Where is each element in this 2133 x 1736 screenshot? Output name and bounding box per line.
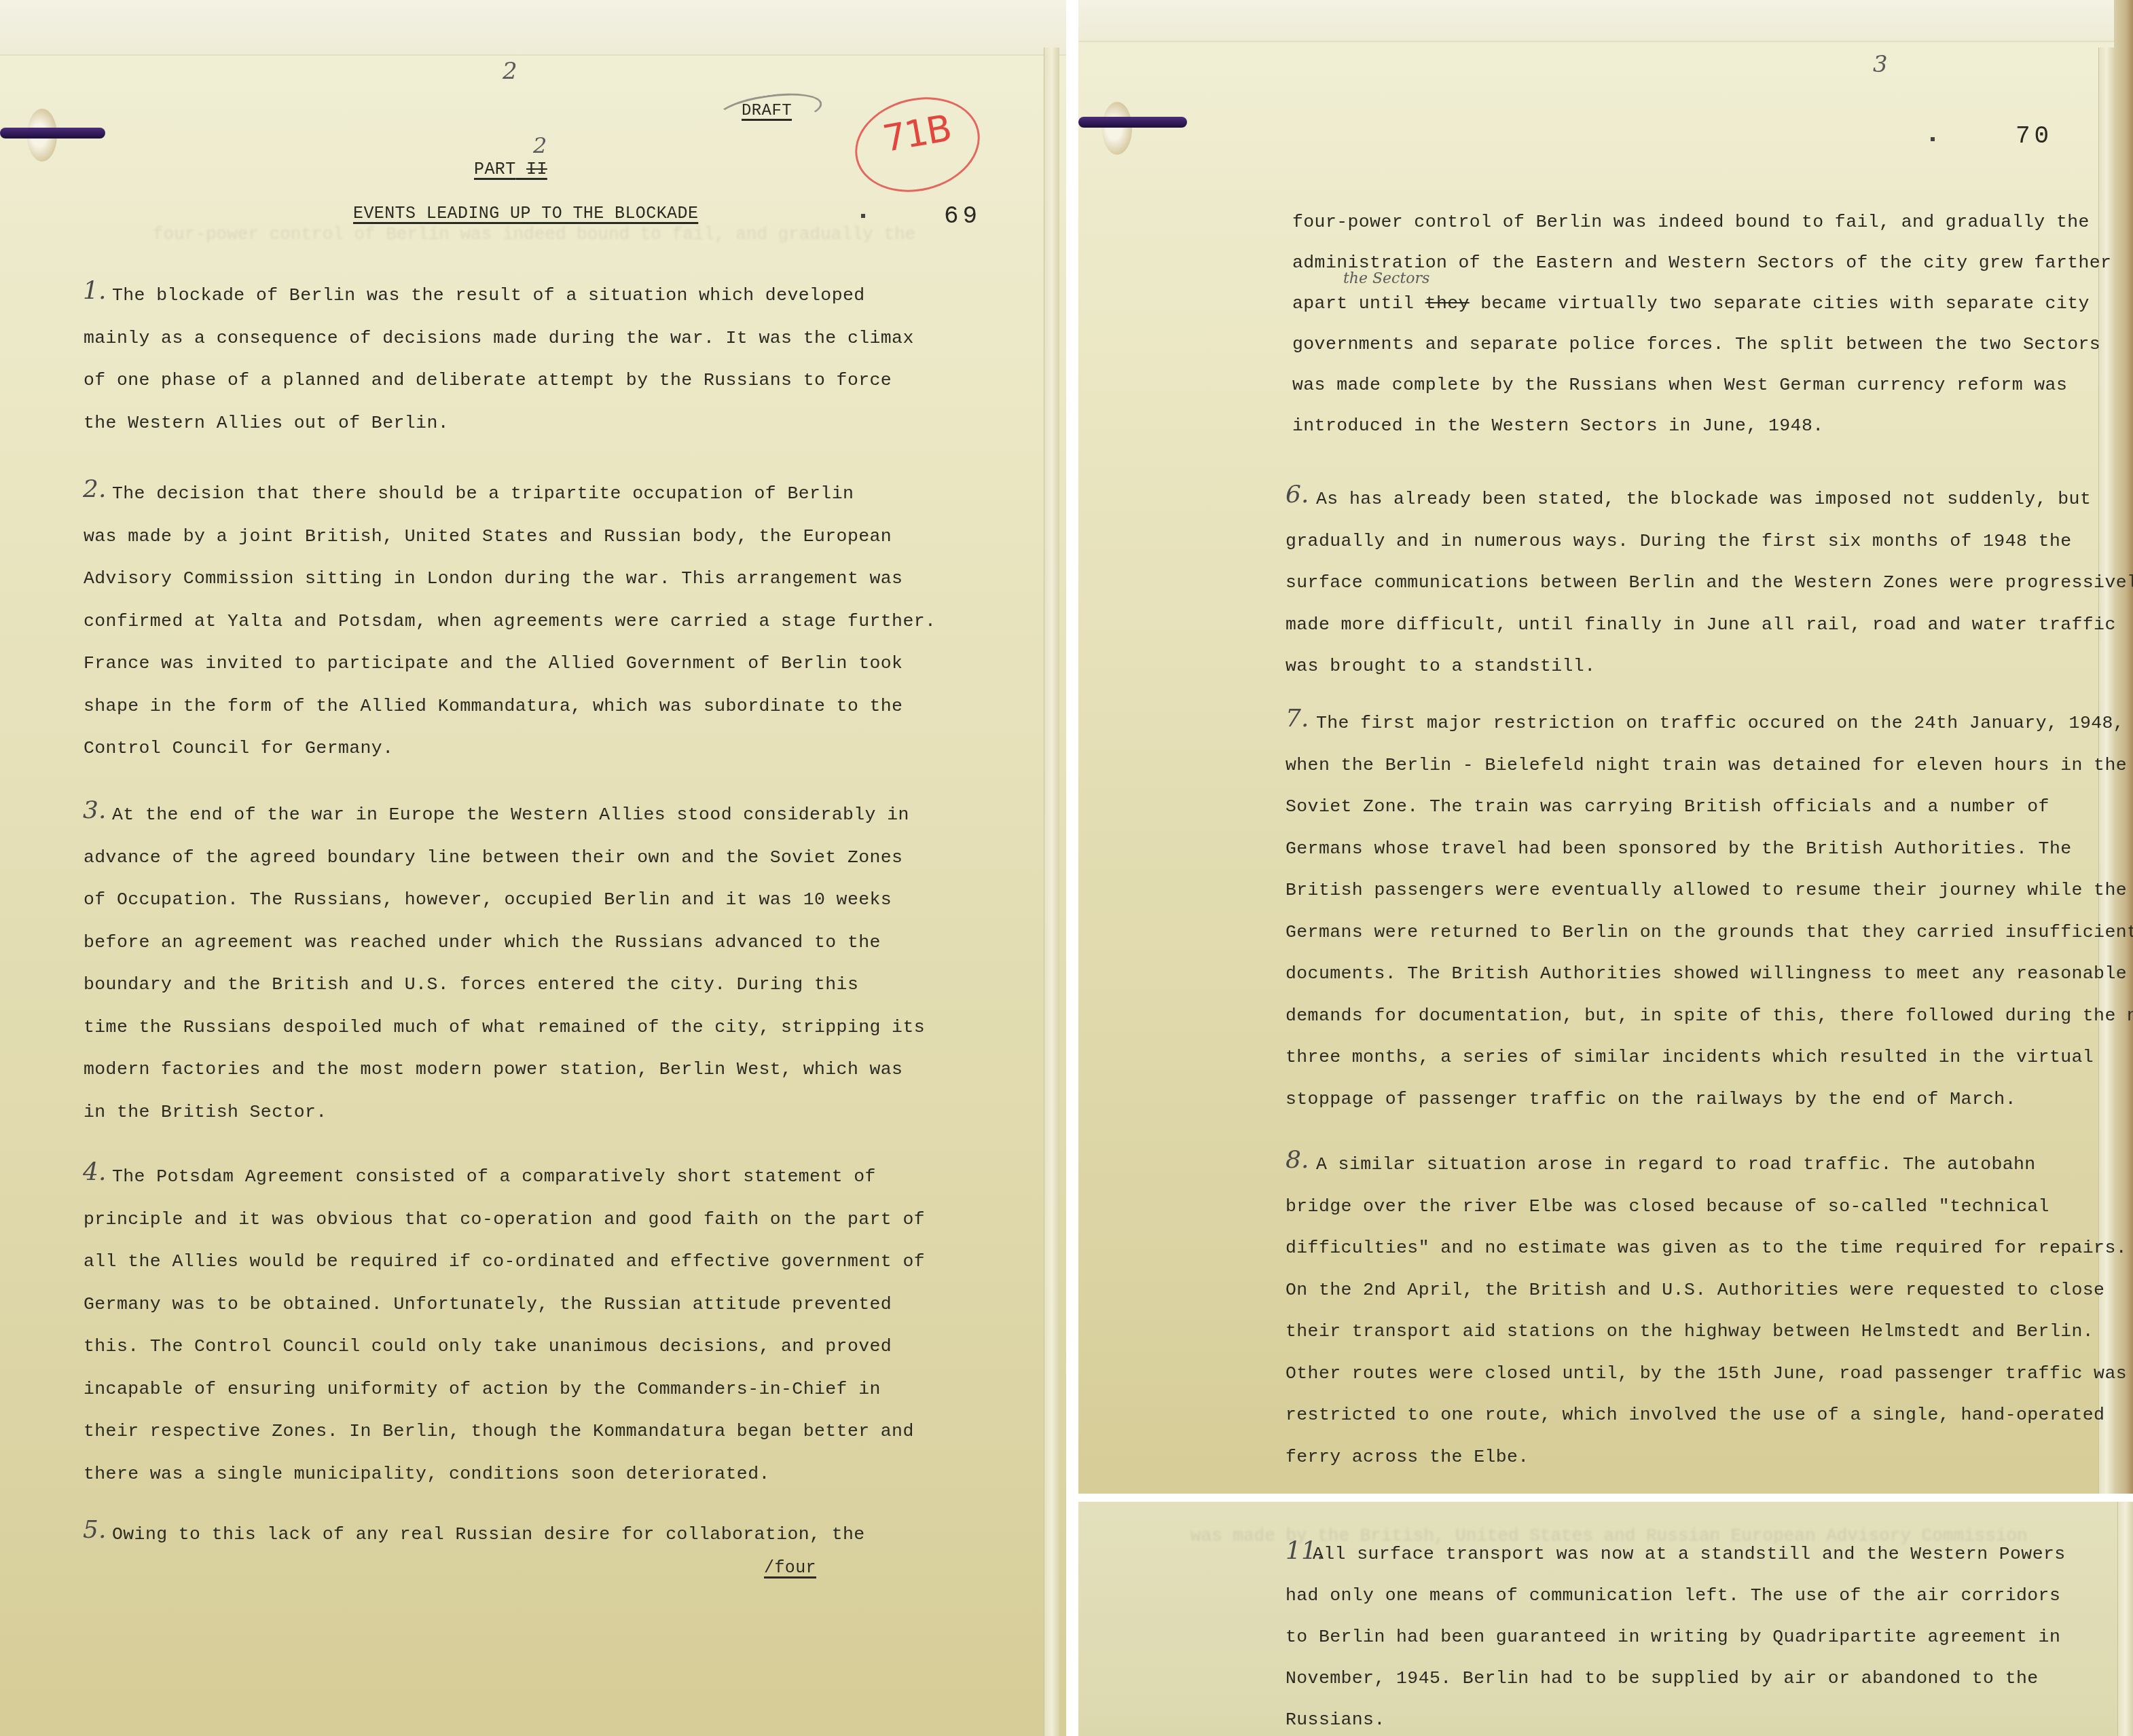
text-line: The Potsdam Agreement consisted of a com… — [112, 1166, 876, 1187]
text-line: principle and it was obvious that co-ope… — [84, 1209, 925, 1230]
text-line: confirmed at Yalta and Potsdam, when agr… — [84, 611, 936, 631]
text-line: when the Berlin - Bielefeld night train … — [1286, 755, 2127, 775]
text-line: France was invited to participate and th… — [84, 653, 903, 673]
text-line: in the British Sector. — [84, 1102, 327, 1122]
text-line: Soviet Zone. The train was carrying Brit… — [1286, 796, 2049, 817]
text-line: of Occupation. The Russians, however, oc… — [84, 889, 892, 910]
text-line: All surface transport was now at a stand… — [1313, 1544, 2066, 1564]
text-line: their respective Zones. In Berlin, thoug… — [84, 1421, 914, 1441]
text-line: bridge over the river Elbe was closed be… — [1286, 1196, 2049, 1217]
text-line: At the end of the war in Europe the West… — [112, 805, 909, 825]
bleed-through-text: four-power control of Berlin was indeed … — [153, 224, 915, 244]
text-line: there was a single municipality, conditi… — [84, 1464, 770, 1484]
stacked-sheets — [0, 0, 1066, 56]
paragraph-number: 3. — [83, 796, 106, 824]
continuation-text-line: administration of the Eastern and Wester… — [1292, 253, 2111, 273]
part-heading-label: PART — [474, 160, 516, 179]
paragraph-number: 6. — [1286, 481, 1309, 509]
document-page-right: 3 70 the Sectors four-power control of B… — [1078, 0, 2133, 1494]
part-heading-struck-numeral: II — [526, 160, 547, 179]
text-line: surface communications between Berlin an… — [1286, 572, 2133, 593]
text-line: their transport aid stations on the high… — [1286, 1321, 2094, 1342]
text-line: was brought to a standstill. — [1286, 656, 1595, 676]
text-line: Owing to this lack of any real Russian d… — [112, 1524, 865, 1545]
text-line: all the Allies would be required if co-o… — [84, 1251, 925, 1272]
document-page-left: 2 DRAFT 71B 2 PART II EVENTS LEADING UP … — [0, 0, 1066, 1736]
draft-stamp: DRAFT — [742, 102, 792, 120]
paragraph-number: 4. — [83, 1158, 106, 1186]
binding-string — [1078, 117, 1187, 128]
text-line: The first major restriction on traffic o… — [1316, 713, 2124, 733]
text-line: Russians. — [1286, 1710, 1385, 1730]
pencil-folio-number: 3 — [1873, 51, 1888, 78]
text-line: documents. The British Authorities showe… — [1286, 963, 2127, 984]
text-line: British passengers were eventually allow… — [1286, 880, 2127, 900]
text-line: A similar situation arose in regard to r… — [1316, 1154, 2036, 1175]
page-number: 70 — [2016, 122, 2053, 150]
text-line: ferry across the Elbe. — [1286, 1447, 1529, 1467]
catchword: /four — [764, 1558, 816, 1578]
text-line: Germans were returned to Berlin on the g… — [1286, 922, 2133, 942]
text-line: gradually and in numerous ways. During t… — [1286, 531, 2071, 551]
text-line: demands for documentation, but, in spite… — [1286, 1005, 2133, 1026]
page-edge — [1044, 48, 1059, 1736]
paragraph-number: 8. — [1286, 1146, 1309, 1174]
text-line: Advisory Commission sitting in London du… — [84, 568, 903, 589]
text-line: three months, a series of similar incide… — [1286, 1047, 2094, 1067]
binding-string — [0, 128, 105, 138]
continuation-text-line: apart until they became virtually two se… — [1292, 293, 2090, 314]
pencil-folio-number: 2 — [503, 58, 517, 85]
text-line: before an agreement was reached under wh… — [84, 932, 881, 953]
text-line: of one phase of a planned and deliberate… — [84, 370, 892, 390]
text-line: time the Russians despoiled much of what… — [84, 1017, 925, 1037]
text-line: boundary and the British and U.S. forces… — [84, 974, 858, 995]
ink-dot — [1931, 137, 1935, 141]
punch-hole-icon — [1102, 102, 1132, 155]
text-line: Germans whose travel had been sponsored … — [1286, 838, 2071, 859]
text-line: made more difficult, until finally in Ju… — [1286, 614, 2116, 635]
text-line: difficulties" and no estimate was given … — [1286, 1238, 2127, 1258]
continuation-text-line: governments and separate police forces. … — [1292, 334, 2100, 354]
continuation-text-line: was made complete by the Russians when W… — [1292, 375, 2067, 395]
part-heading: PART II — [474, 160, 547, 179]
page-number: 69 — [944, 202, 981, 230]
paragraph-number: 5. — [83, 1516, 106, 1544]
text-line: On the 2nd April, the British and U.S. A… — [1286, 1280, 2104, 1300]
desk-edge — [2114, 0, 2133, 1494]
struck-word: they — [1425, 293, 1470, 314]
text-line: Other routes were closed until, by the 1… — [1286, 1363, 2127, 1384]
text-line: November, 1945. Berlin had to be supplie… — [1286, 1668, 2039, 1688]
paragraph-number: 7. — [1286, 705, 1309, 733]
text-line: Control Council for Germany. — [84, 738, 393, 758]
text-line: Germany was to be obtained. Unfortunatel… — [84, 1294, 892, 1314]
text-line: The decision that there should be a trip… — [112, 483, 854, 504]
stacked-sheets — [1078, 0, 2133, 42]
text-line: mainly as a consequence of decisions mad… — [84, 328, 914, 348]
text-line: As has already been stated, the blockade… — [1316, 489, 2091, 509]
continuation-text-line: four-power control of Berlin was indeed … — [1292, 212, 2090, 232]
paragraph-number: 1. — [83, 277, 106, 305]
text-line: advance of the agreed boundary line betw… — [84, 847, 903, 868]
page-edge — [2117, 1502, 2133, 1736]
continuation-text-line: introduced in the Western Sectors in Jun… — [1292, 415, 1824, 436]
text-line: this. The Control Council could only tak… — [84, 1336, 892, 1356]
text-line: restricted to one route, which involved … — [1286, 1405, 2104, 1425]
text-line: to Berlin had been guaranteed in writing… — [1286, 1627, 2060, 1647]
text-line: had only one means of communication left… — [1286, 1585, 2060, 1606]
text-line: stoppage of passenger traffic on the rai… — [1286, 1089, 2016, 1109]
text-line: shape in the form of the Allied Kommanda… — [84, 696, 903, 716]
text-line: The blockade of Berlin was the result of… — [112, 285, 865, 306]
page-title: EVENTS LEADING UP TO THE BLOCKADE — [353, 204, 698, 223]
text-line: incapable of ensuring uniformity of acti… — [84, 1379, 881, 1399]
text-line: the Western Allies out of Berlin. — [84, 413, 449, 433]
document-inset-page: was made by the British, United States a… — [1078, 1502, 2133, 1736]
text-line: was made by a joint British, United Stat… — [84, 526, 892, 547]
text-line: modern factories and the most modern pow… — [84, 1059, 903, 1079]
ink-dot — [861, 214, 865, 218]
paragraph-number: 2. — [83, 475, 106, 503]
part-correction-handwritten: 2 — [533, 132, 547, 158]
